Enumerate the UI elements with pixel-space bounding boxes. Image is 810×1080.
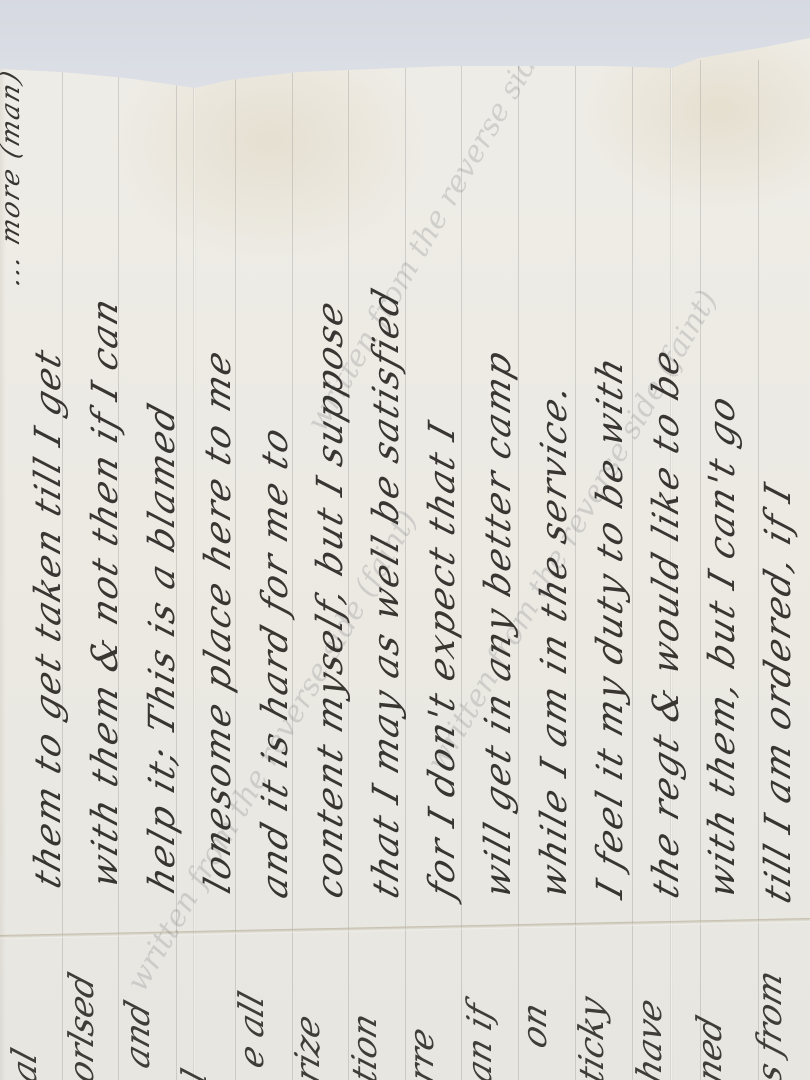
ruled-line (700, 60, 701, 1080)
handwritten-fragment: an if (460, 999, 500, 1080)
handwritten-line: and it is hard for me to (255, 421, 296, 903)
handwritten-line: with them, but I can't go (702, 389, 743, 903)
ruled-line (575, 60, 576, 1080)
handwritten-fragment: have (630, 994, 670, 1080)
handwritten-fragment: ticky (572, 992, 612, 1080)
handwritten-fragment: ... more (man) (0, 65, 26, 289)
handwritten-line: lonesome place here to me (198, 344, 239, 898)
vertical-fold-crease (193, 40, 196, 1080)
handwritten-fragment: rize (288, 1010, 328, 1080)
handwritten-line: help it; This is a blamed (142, 397, 183, 898)
ruled-line (632, 60, 633, 1080)
handwritten-fragment: rre (402, 1022, 442, 1080)
letter-paper: written from the reverse side (faint) wr… (0, 0, 810, 1080)
handwritten-line: content myself, but I suppose (310, 294, 351, 903)
handwritten-line: will get in any better camp (478, 344, 519, 903)
handwritten-fragment: tion (345, 1008, 385, 1080)
handwritten-fragment: and (118, 996, 158, 1073)
handwritten-line: till I am ordered, if I (758, 478, 799, 909)
handwritten-line: them to get taken till I get (28, 343, 69, 893)
handwritten-fragment: al (5, 1044, 45, 1080)
handwritten-fragment: e all (232, 987, 272, 1073)
handwritten-fragment: s from (750, 965, 790, 1080)
handwritten-fragment: orlsed (62, 968, 102, 1080)
handwritten-fragment: ned (690, 1011, 730, 1080)
handwritten-line: with them & not then if I can (85, 291, 126, 893)
handwritten-line: I feel it my duty to be with (590, 350, 631, 903)
handwritten-fragment: on (515, 998, 555, 1053)
handwritten-line: the regt & would like to be (646, 343, 687, 903)
handwritten-line: that I may as well be satisfied (366, 283, 407, 904)
handwritten-line: for I don't expect that I (422, 416, 463, 904)
handwritten-line: while I am in the service. (534, 377, 575, 903)
